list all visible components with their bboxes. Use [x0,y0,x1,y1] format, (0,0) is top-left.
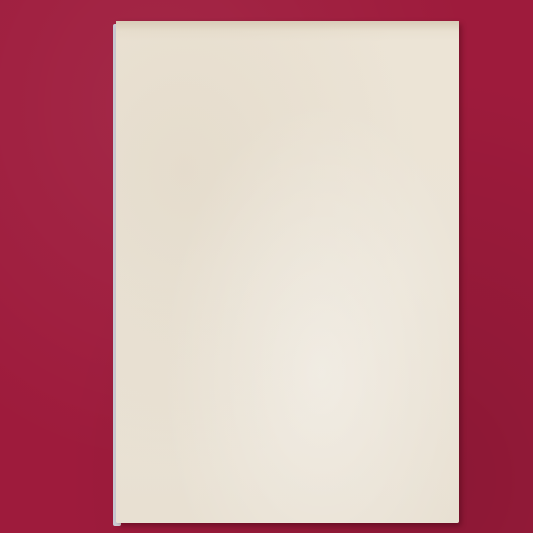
cover-worn-top-edge [116,21,459,31]
blank-book-cover [116,21,459,523]
red-felt-background [0,0,533,533]
